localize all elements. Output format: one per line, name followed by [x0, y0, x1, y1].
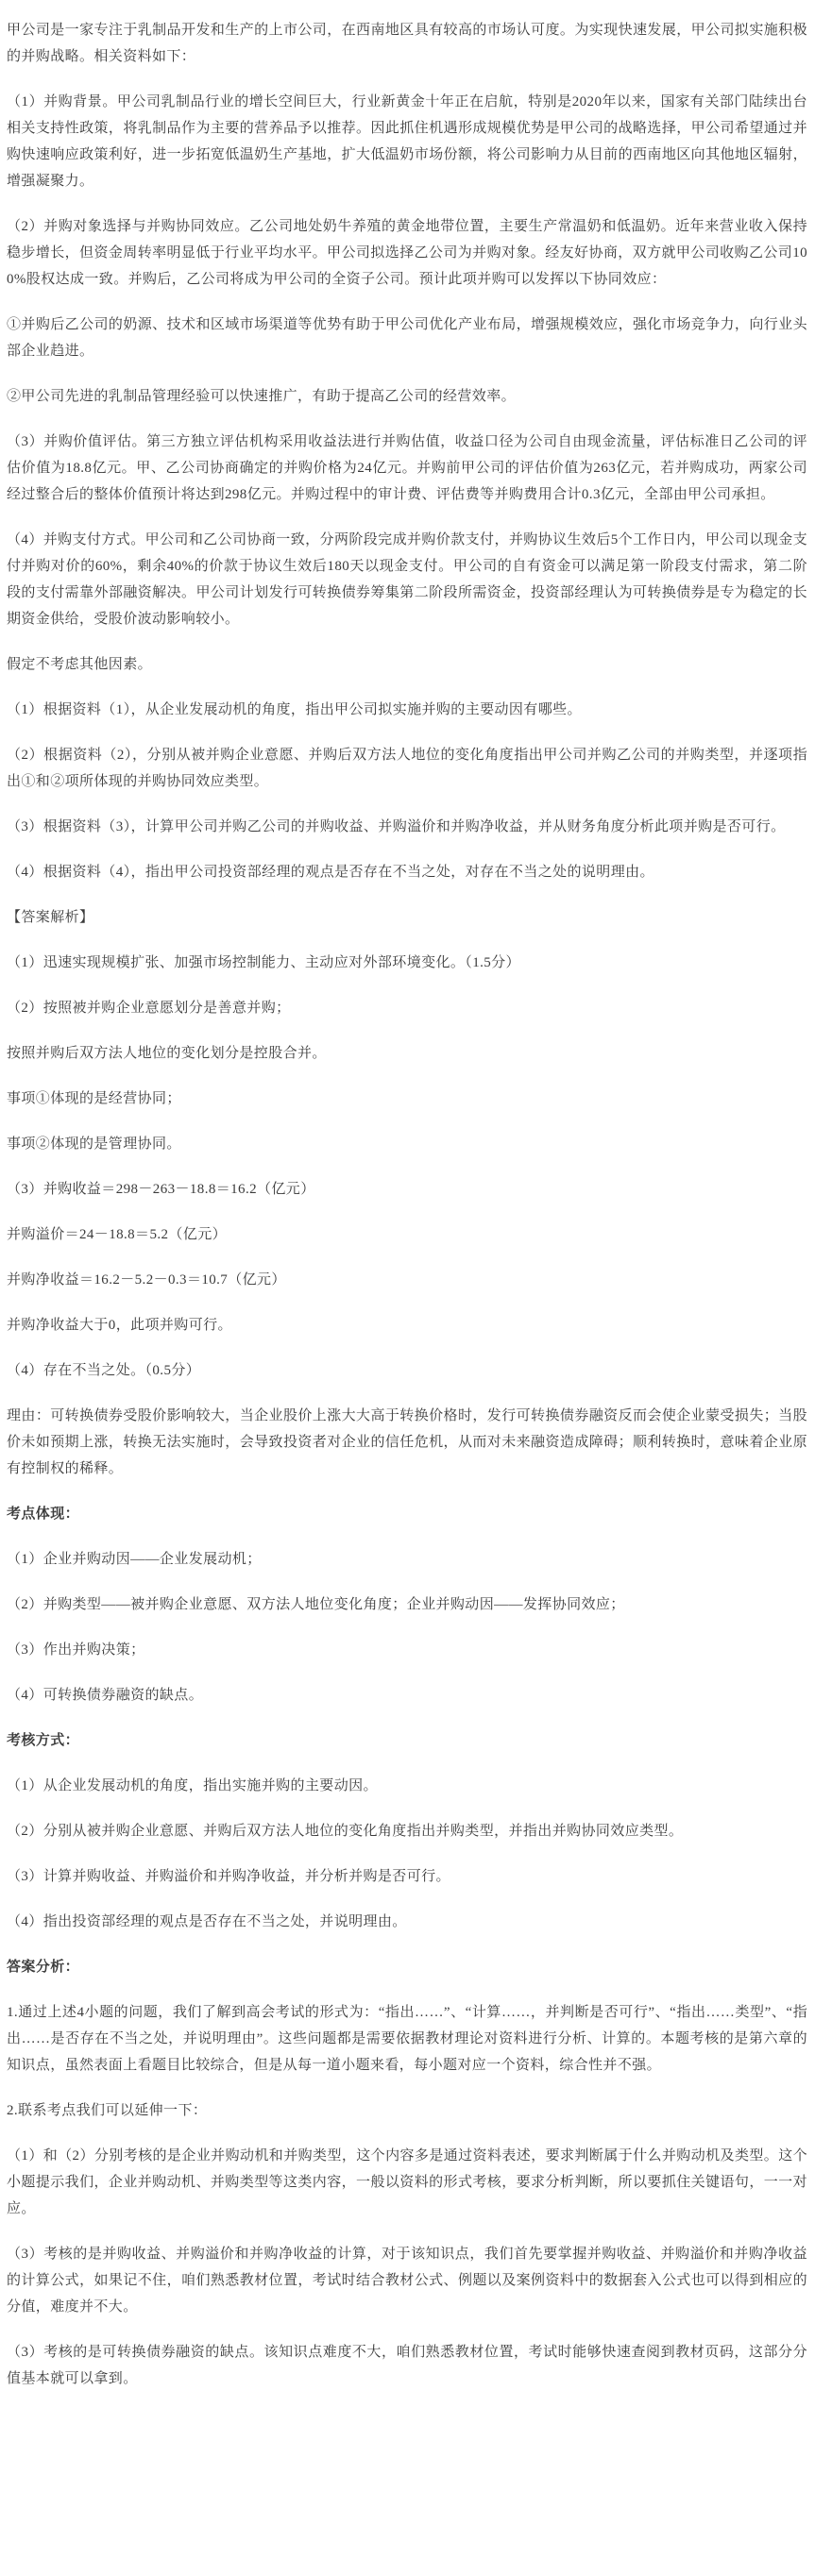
para-assessment-1: （1）从企业发展动机的角度，指出实施并购的主要动因。: [7, 1773, 807, 1799]
para-answer-3c-net-gain: 并购净收益＝16.2－5.2－0.3＝10.7（亿元）: [7, 1267, 807, 1293]
para-answer-1: （1）迅速实现规模扩张、加强市场控制能力、主动应对外部环境变化。（1.5分）: [7, 950, 807, 976]
para-question-1: （1）根据资料（1），从企业发展动机的角度，指出甲公司拟实施并购的主要动因有哪些…: [7, 697, 807, 723]
para-question-4: （4）根据资料（4），指出甲公司投资部经理的观点是否存在不当之处，对存在不当之处…: [7, 859, 807, 885]
para-answer-2d: 事项②体现的是管理协同。: [7, 1131, 807, 1157]
para-question-3: （3）根据资料（3），计算甲公司并购乙公司的并购收益、并购溢价和并购净收益，并从…: [7, 814, 807, 840]
para-assessment-4: （4）指出投资部经理的观点是否存在不当之处，并说明理由。: [7, 1909, 807, 1935]
para-exam-point-3: （3）作出并购决策；: [7, 1637, 807, 1663]
para-answer-2a: （2）按照被并购企业意愿划分是善意并购；: [7, 995, 807, 1021]
para-commentary-2-4: （3）考核的是可转换债券融资的缺点。该知识点难度不大，咱们熟悉教材位置，考试时能…: [7, 2339, 807, 2392]
para-exam-point-4: （4）可转换债券融资的缺点。: [7, 1682, 807, 1709]
para-answer-3d-conclusion: 并购净收益大于0，此项并购可行。: [7, 1312, 807, 1339]
para-exam-point-2: （2）并购类型——被并购企业意愿、双方法人地位变化角度；企业并购动因——发挥协同…: [7, 1591, 807, 1618]
para-answer-3a-gain: （3）并购收益＝298－263－18.8＝16.2（亿元）: [7, 1176, 807, 1203]
para-synergy-item-1: ①并购后乙公司的奶源、技术和区域市场渠道等优势有助于甲公司优化产业布局，增强规模…: [7, 311, 807, 364]
para-commentary-2-3: （3）考核的是并购收益、并购溢价和并购净收益的计算，对于该知识点，我们首先要掌握…: [7, 2241, 807, 2320]
para-answer-2c: 事项①体现的是经营协同；: [7, 1086, 807, 1112]
para-synergy-item-2: ②甲公司先进的乳制品管理经验可以快速推广，有助于提高乙公司的经营效率。: [7, 383, 807, 410]
para-material-4-payment: （4）并购支付方式。甲公司和乙公司协商一致，分两阶段完成并购价款支付，并购协议生…: [7, 527, 807, 632]
para-assessment-2: （2）分别从被并购企业意愿、并购后双方法人地位的变化角度指出并购类型，并指出并购…: [7, 1818, 807, 1844]
para-assumption: 假定不考虑其他因素。: [7, 651, 807, 678]
para-answer-2b: 按照并购后双方法人地位的变化划分是控股合并。: [7, 1040, 807, 1067]
para-answer-3b-premium: 并购溢价＝24－18.8＝5.2（亿元）: [7, 1221, 807, 1248]
para-material-2-target: （2）并购对象选择与并购协同效应。乙公司地处奶牛养殖的黄金地带位置，主要生产常温…: [7, 213, 807, 293]
para-commentary-2-1: （1）和（2）分别考核的是企业并购动机和并购类型，这个内容多是通过资料表述，要求…: [7, 2143, 807, 2222]
header-exam-points: 考点体现：: [7, 1501, 807, 1527]
para-commentary-1: 1.通过上述4小题的问题，我们了解到高会考试的形式为：“指出……”、“计算……，…: [7, 1999, 807, 2079]
para-exam-point-1: （1）企业并购动因——企业发展动机；: [7, 1546, 807, 1573]
header-answer-commentary: 答案分析：: [7, 1954, 807, 1980]
para-assessment-3: （3）计算并购收益、并购溢价和并购净收益，并分析并购是否可行。: [7, 1863, 807, 1890]
document: 甲公司是一家专注于乳制品开发和生产的上市公司，在西南地区具有较高的市场认可度。为…: [0, 0, 815, 2424]
para-material-3-valuation: （3）并购价值评估。第三方独立评估机构采用收益法进行并购估值，收益口径为公司自由…: [7, 429, 807, 508]
header-answer-analysis: 【答案解析】: [7, 904, 807, 931]
para-answer-4-reason: 理由：可转换债券受股价影响较大，当企业股价上涨大大高于转换价格时，发行可转换债券…: [7, 1403, 807, 1482]
para-question-2: （2）根据资料（2），分别从被并购企业意愿、并购后双方法人地位的变化角度指出甲公…: [7, 742, 807, 795]
header-assessment-method: 考核方式：: [7, 1727, 807, 1754]
para-material-1-background: （1）并购背景。甲公司乳制品行业的增长空间巨大，行业新黄金十年正在启航，特别是2…: [7, 89, 807, 194]
para-case-intro: 甲公司是一家专注于乳制品开发和生产的上市公司，在西南地区具有较高的市场认可度。为…: [7, 17, 807, 70]
para-answer-4: （4）存在不当之处。（0.5分）: [7, 1357, 807, 1384]
para-commentary-2: 2.联系考点我们可以延伸一下：: [7, 2097, 807, 2124]
